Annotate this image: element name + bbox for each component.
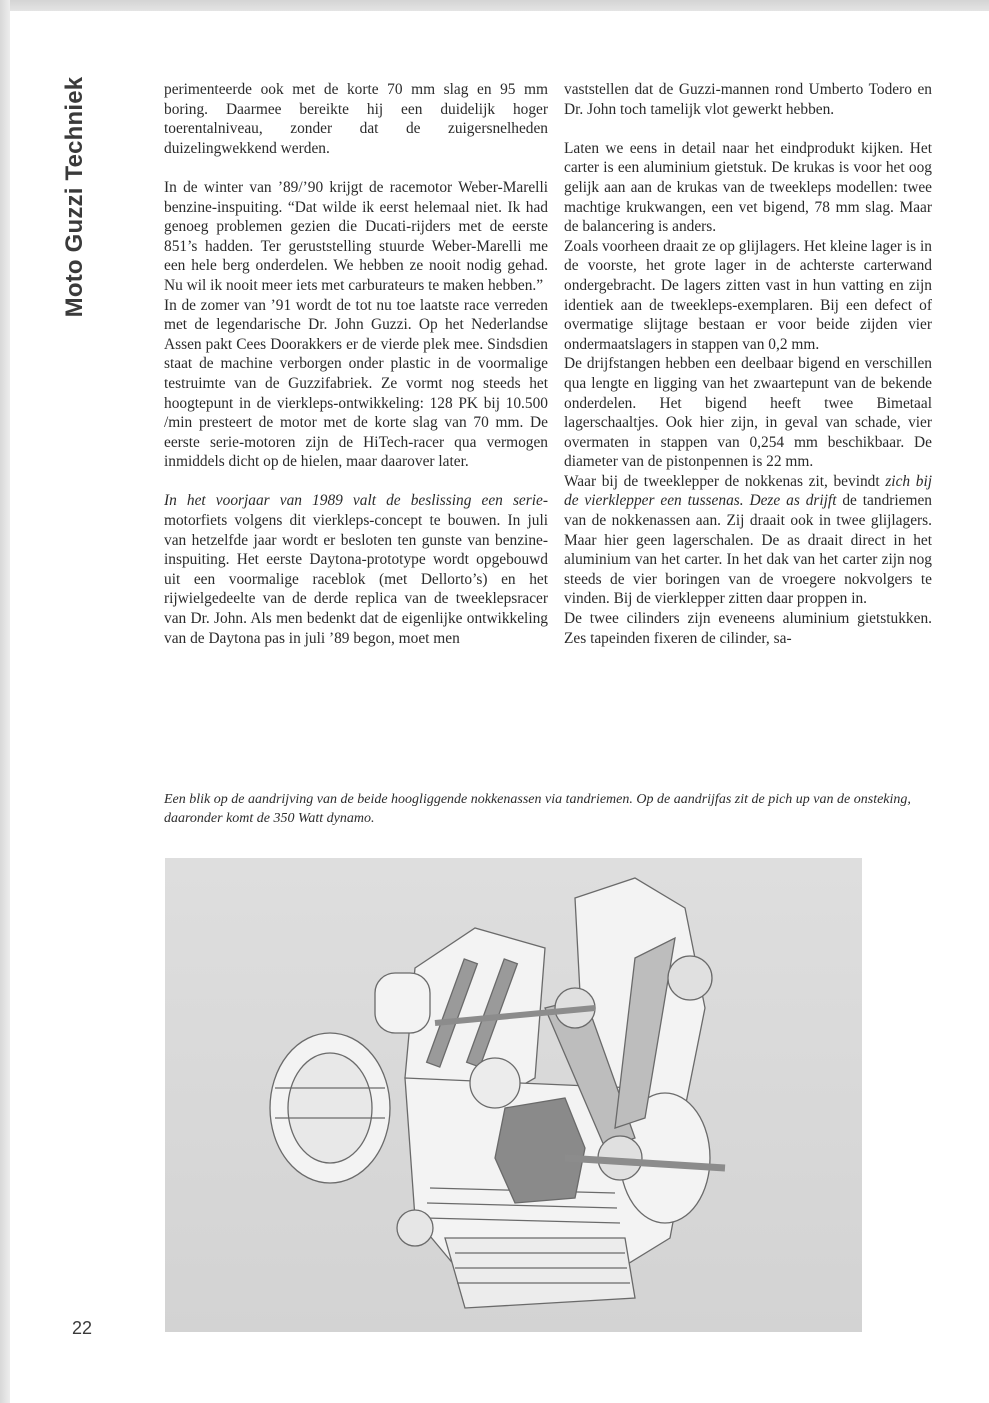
engine-illustration-icon <box>165 858 862 1332</box>
paragraph: vaststellen dat de Guzzi-mannen rond Umb… <box>564 80 932 119</box>
paragraph: De drijfstangen hebben een deelbaar bige… <box>564 354 932 472</box>
scan-border-left <box>0 0 10 1403</box>
paragraph: In de zomer van ’91 wordt de tot nu toe … <box>164 296 548 472</box>
page-number: 22 <box>72 1318 92 1339</box>
right-column: vaststellen dat de Guzzi-mannen rond Umb… <box>564 80 932 648</box>
paragraph: De twee cilinders zijn eveneens aluminiu… <box>564 609 932 648</box>
left-column: perimenteerde ook met de korte 70 mm sla… <box>164 80 548 648</box>
paragraph: Waar bij de tweeklepper de nokkenas zit,… <box>564 472 932 609</box>
figure-caption: Een blik op de aandrijving van de beide … <box>164 790 944 828</box>
paragraph-text: motorfiets volgens dit vierkleps-concept… <box>164 512 548 647</box>
paragraph-text: de tandriemen van de nokkenassen aan. Zi… <box>564 492 932 607</box>
paragraph: In het voorjaar van 1989 valt de besliss… <box>164 491 548 648</box>
scan-border-top <box>0 0 989 11</box>
paragraph: perimenteerde ook met de korte 70 mm sla… <box>164 80 548 158</box>
paragraph-text: Waar bij de tweeklepper de nokkenas zit,… <box>564 473 885 490</box>
italic-lead: In het voorjaar van 1989 valt de besliss… <box>164 492 548 509</box>
engine-cutaway-figure <box>165 858 862 1332</box>
paragraph: In de winter van ’89/’90 krijgt de racem… <box>164 178 548 296</box>
running-head: Moto Guzzi Techniek <box>61 77 89 318</box>
paragraph: Laten we eens in detail naar het eindpro… <box>564 139 932 237</box>
paragraph: Zoals voorheen draait ze op glijlagers. … <box>564 237 932 355</box>
